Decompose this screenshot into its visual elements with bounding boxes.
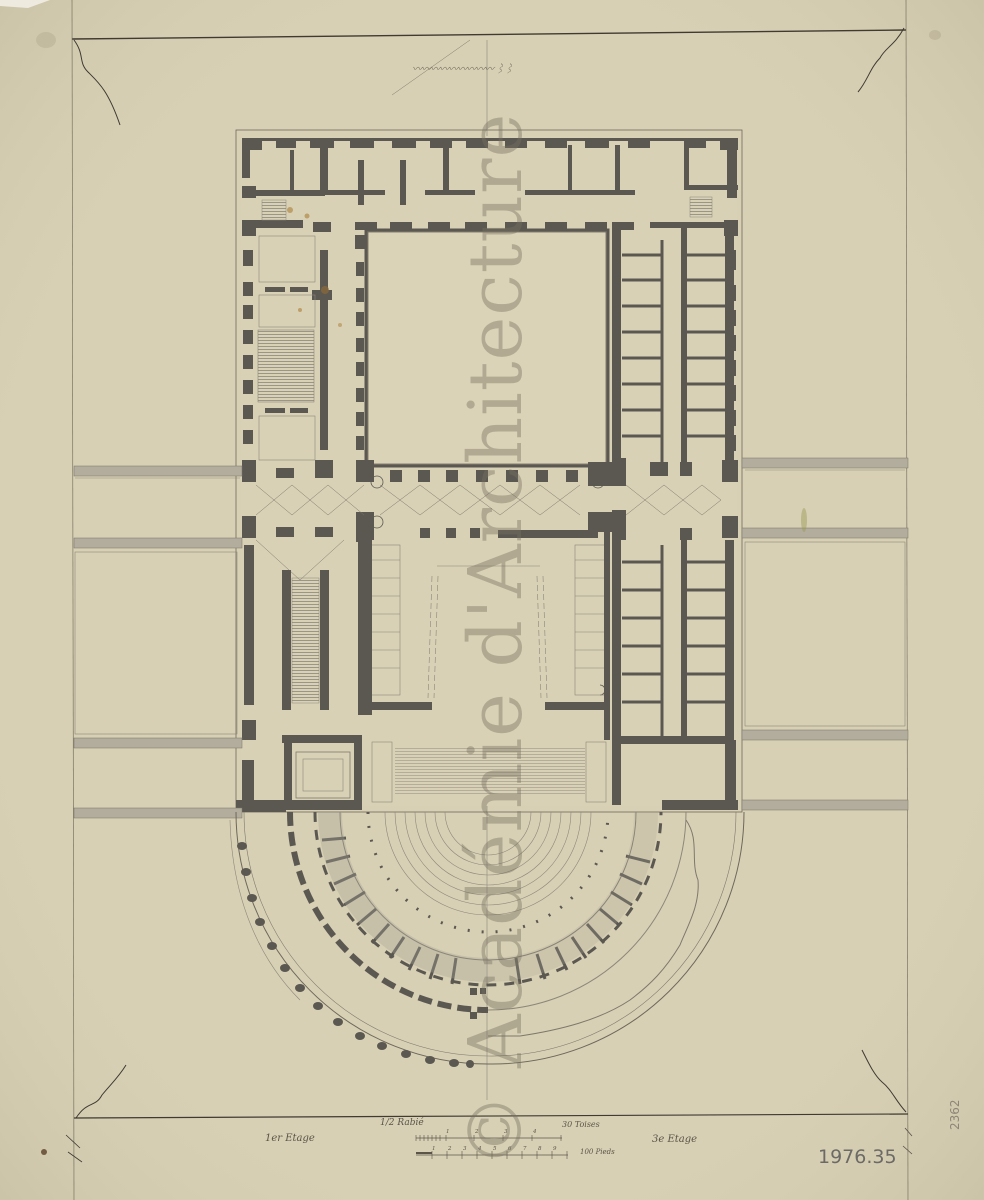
scale-label-bottom: 100 Pieds xyxy=(580,1148,615,1156)
svg-text:3: 3 xyxy=(463,1146,467,1152)
svg-text:3: 3 xyxy=(504,1129,508,1135)
courtyard xyxy=(368,232,606,464)
svg-text:5: 5 xyxy=(493,1146,497,1152)
svg-text:4: 4 xyxy=(477,1146,482,1152)
inventory-number: 1976.35 xyxy=(818,1146,897,1168)
svg-text:7: 7 xyxy=(523,1146,527,1152)
svg-text:6: 6 xyxy=(508,1146,512,1152)
svg-text:9: 9 xyxy=(553,1146,557,1152)
svg-text:8: 8 xyxy=(538,1146,542,1152)
scale-top-tick-1: 1 xyxy=(446,1129,450,1135)
grand-stair xyxy=(292,578,319,703)
scale-label-top-right: 30 Toises xyxy=(562,1120,600,1129)
svg-text:2: 2 xyxy=(447,1146,452,1152)
drawing-sheet: 1 2 3 4 1 2 3 4 5 6 7 8 9 © Académie d'A… xyxy=(0,0,984,1200)
scale-label-top: 1/2 Rabié xyxy=(380,1118,424,1128)
floor-label-right: 3e Etage xyxy=(652,1134,697,1145)
drawing-title: 〰〰〰〰〰〰〰〰〰 ⌇⌇ xyxy=(412,60,513,75)
floor-label-left: 1er Etage xyxy=(265,1133,315,1144)
floor-plan-drawing: 1 2 3 4 1 2 3 4 5 6 7 8 9 xyxy=(0,0,984,1200)
svg-text:1: 1 xyxy=(432,1146,436,1152)
side-catalog-number: 2362 xyxy=(948,1099,962,1130)
building-block xyxy=(236,130,742,812)
svg-text:4: 4 xyxy=(532,1129,537,1135)
svg-text:2: 2 xyxy=(474,1129,479,1135)
